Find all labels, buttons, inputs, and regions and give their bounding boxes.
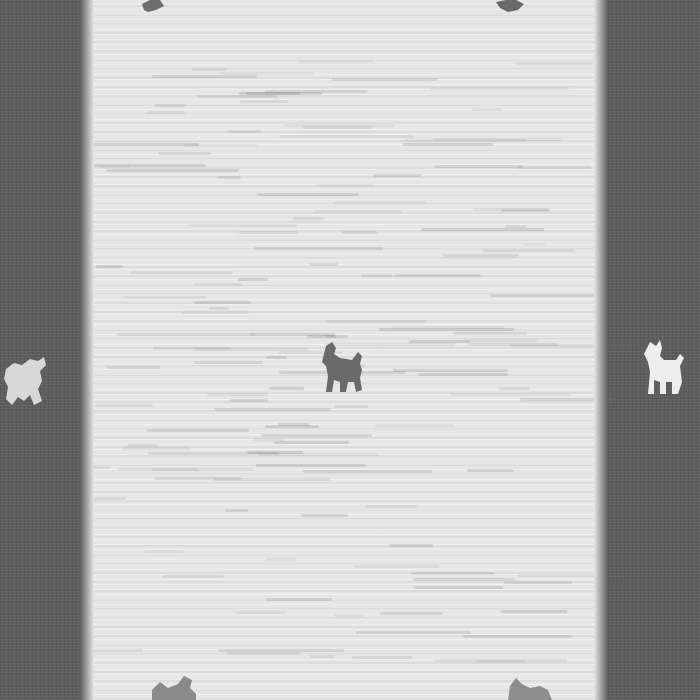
pile-streak xyxy=(326,335,348,338)
pile-streak xyxy=(314,210,402,213)
pile-streak xyxy=(90,143,200,146)
animal-motif-bottom-right-icon xyxy=(506,676,556,700)
animal-motif-bottom-left-icon xyxy=(148,674,200,700)
pile-streak xyxy=(301,514,349,517)
pile-streak xyxy=(218,176,242,179)
pile-streak xyxy=(107,366,161,369)
pile-streak xyxy=(490,294,600,297)
pile-streak xyxy=(278,423,309,426)
pile-streak xyxy=(334,405,369,408)
pile-streak xyxy=(333,201,426,204)
pile-streak xyxy=(117,333,254,336)
pile-streak xyxy=(122,447,190,450)
pile-streak xyxy=(194,283,243,286)
pile-streak xyxy=(375,424,454,427)
animal-motif-center-icon xyxy=(318,340,370,398)
animal-motif-left-border-icon xyxy=(2,355,48,413)
pile-streak xyxy=(182,311,249,314)
pile-streak xyxy=(124,296,206,299)
pile-streak xyxy=(227,652,300,655)
pile-streak xyxy=(192,68,227,71)
pile-streak xyxy=(421,228,544,231)
pile-streak xyxy=(414,586,502,589)
pile-streak xyxy=(158,152,211,155)
pile-streak xyxy=(207,393,268,396)
pile-streak xyxy=(483,249,575,252)
pile-streak xyxy=(229,399,267,402)
pile-streak xyxy=(332,78,437,81)
pile-streak xyxy=(517,574,628,577)
pile-streak xyxy=(96,265,123,268)
pile-streak xyxy=(464,339,537,342)
pile-streak xyxy=(265,558,295,561)
pile-streak xyxy=(504,581,572,584)
pile-streak xyxy=(405,139,527,142)
pile-streak xyxy=(450,393,571,396)
pile-streak xyxy=(266,598,332,601)
pile-streak xyxy=(356,631,471,634)
pile-streak xyxy=(128,444,159,447)
pile-streak xyxy=(209,307,229,310)
pile-streak xyxy=(505,225,526,228)
pile-streak xyxy=(162,575,223,578)
pile-streak xyxy=(147,429,249,432)
pile-streak xyxy=(326,320,427,323)
pile-streak xyxy=(220,72,314,75)
pile-streak xyxy=(365,505,417,508)
pile-streak xyxy=(147,111,185,114)
pile-streak xyxy=(499,387,530,390)
pile-streak xyxy=(394,274,481,277)
pile-streak xyxy=(256,464,366,467)
rug-left-border xyxy=(0,0,92,700)
pile-streak xyxy=(284,124,395,127)
pile-streak xyxy=(239,231,298,234)
pile-streak xyxy=(501,209,550,212)
pile-streak xyxy=(225,509,248,512)
pile-streak xyxy=(274,441,349,444)
pile-streak xyxy=(250,333,335,336)
pile-streak xyxy=(239,92,301,95)
pile-streak xyxy=(144,550,184,553)
pile-streak xyxy=(85,164,206,167)
pile-streak xyxy=(310,655,334,658)
pile-streak xyxy=(389,544,433,547)
pile-streak xyxy=(413,578,515,581)
pile-streak xyxy=(194,361,262,364)
pile-streak xyxy=(477,660,524,663)
pile-streak xyxy=(279,135,414,138)
pile-streak xyxy=(510,344,636,347)
pile-streak xyxy=(228,130,260,133)
pile-streak xyxy=(523,243,545,246)
rug-right-edge xyxy=(594,0,608,700)
pile-streak xyxy=(309,263,338,266)
pile-streak xyxy=(214,478,330,481)
pile-streak xyxy=(443,254,518,257)
pile-streak xyxy=(434,165,523,168)
pile-streak xyxy=(352,656,412,659)
pile-streak xyxy=(403,143,494,146)
pile-streak xyxy=(411,572,494,575)
pile-streak xyxy=(361,274,392,277)
rug-left-edge xyxy=(80,0,94,700)
pile-streak xyxy=(152,468,253,471)
pile-streak xyxy=(418,373,508,376)
pile-streak xyxy=(298,60,373,63)
pile-streak xyxy=(392,326,504,329)
pile-streak xyxy=(218,649,344,652)
pile-streak xyxy=(236,611,286,614)
pile-streak xyxy=(334,614,364,617)
animal-motif-top-left-icon xyxy=(140,0,166,14)
animal-motif-right-border-icon xyxy=(640,338,688,398)
pile-streak xyxy=(518,166,591,169)
pile-streak xyxy=(472,108,502,111)
pile-streak xyxy=(266,356,287,359)
pile-streak xyxy=(269,387,303,390)
pile-streak xyxy=(197,95,277,98)
pile-streak xyxy=(303,470,432,473)
pile-streak xyxy=(95,404,154,407)
animal-motif-top-right-icon xyxy=(494,0,526,14)
pile-streak xyxy=(393,369,507,372)
pile-streak xyxy=(254,247,383,250)
pile-streak xyxy=(214,408,331,411)
pile-streak xyxy=(501,610,567,613)
pile-streak xyxy=(257,193,359,196)
pile-streak xyxy=(130,271,232,274)
pile-streak xyxy=(293,217,324,220)
pile-streak xyxy=(194,301,251,304)
pile-streak xyxy=(148,452,277,455)
pile-streak xyxy=(463,635,573,638)
pile-streak xyxy=(188,224,297,227)
pile-streak xyxy=(354,565,439,568)
pile-streak xyxy=(106,169,239,172)
rug-image xyxy=(0,0,700,700)
pile-streak xyxy=(430,87,569,90)
pile-streak xyxy=(261,434,372,437)
pile-streak xyxy=(467,469,515,472)
pile-streak xyxy=(373,174,421,177)
pile-streak xyxy=(152,75,257,78)
pile-streak xyxy=(453,332,527,335)
pile-streak xyxy=(155,104,186,107)
pile-streak xyxy=(90,497,126,500)
pile-streak xyxy=(380,612,443,615)
pile-streak xyxy=(316,184,374,187)
pile-streak xyxy=(240,100,288,103)
pile-streak xyxy=(342,231,378,234)
pile-streak xyxy=(238,278,268,281)
